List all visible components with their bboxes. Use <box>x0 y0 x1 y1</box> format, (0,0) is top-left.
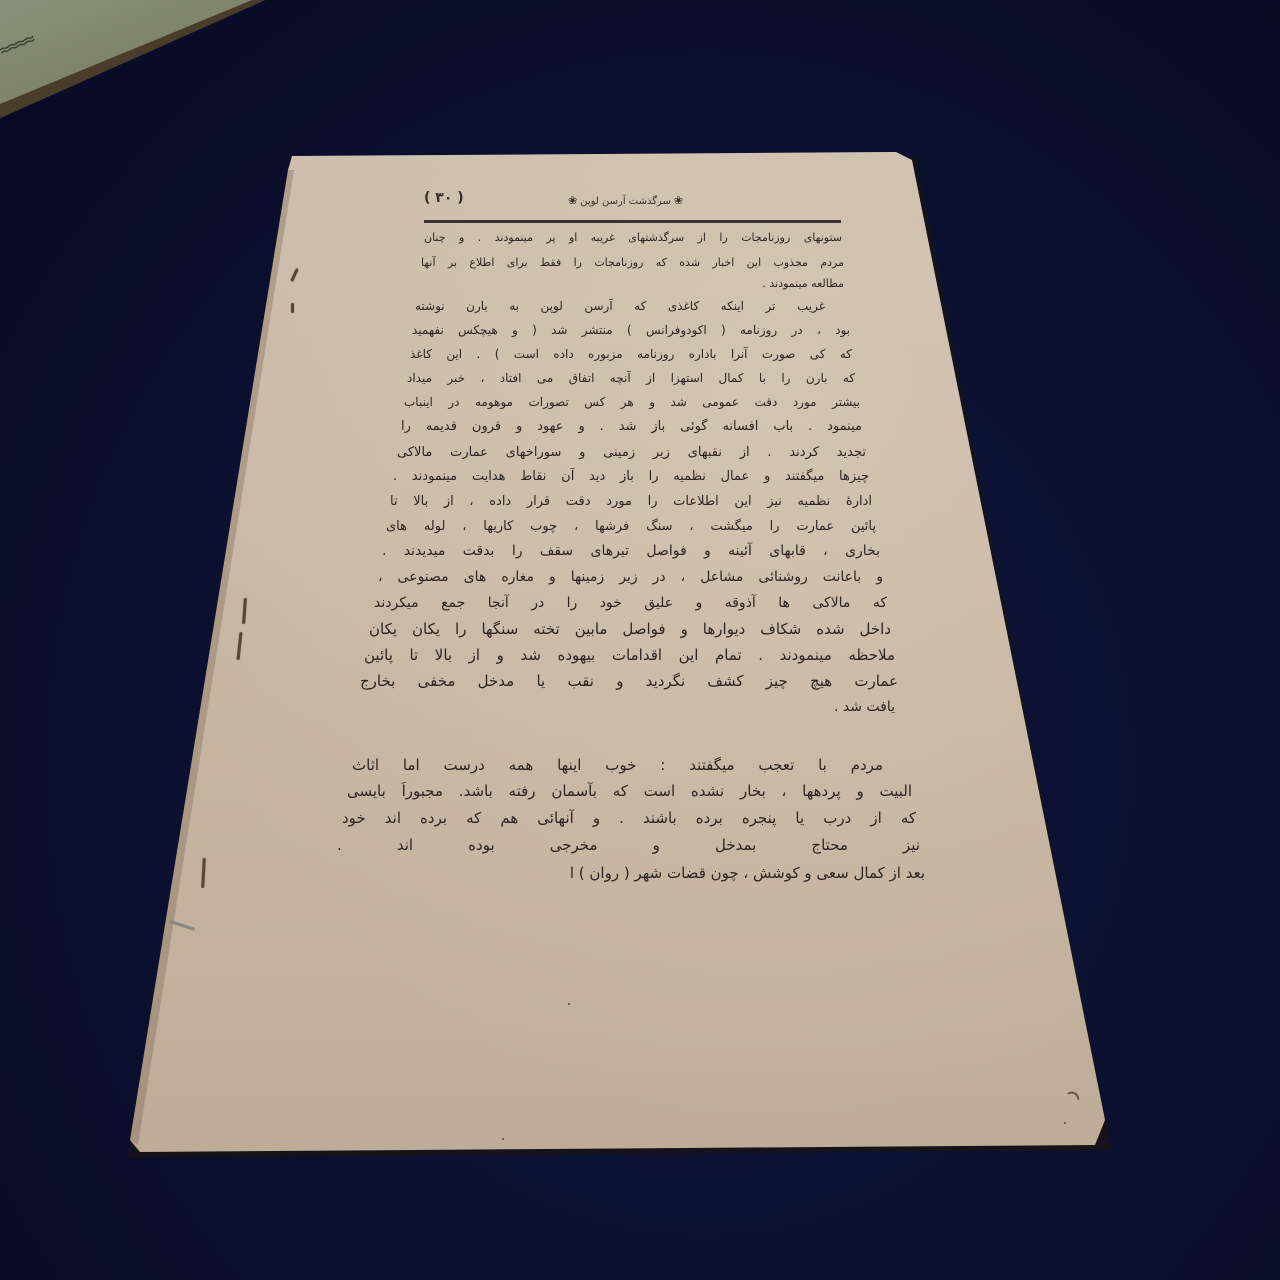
text-line: داخل شده شکاف دیوارها و فواصل مابین تخته… <box>369 620 891 639</box>
text-line: البیت و پردهها ، بخار نشده است که بآسمان… <box>347 782 912 801</box>
text-line: تجدید کردند . از نقبهای زیر زمینی و سورا… <box>397 444 866 461</box>
text-line: بخاری ، قابهای آئینه و فواصل تیرهای سقف … <box>382 542 880 560</box>
text-line: ملاحظه مینمودند . تمام این اقدامات بیهود… <box>364 646 895 665</box>
text-line: که کی صورت آنرا باداره روزنامه مزبوره دا… <box>410 346 852 362</box>
text-line: مردم با تعجب میگفتند : خوب اینها همه درس… <box>352 756 883 775</box>
text-line: غریب تر اینکه کاغذی که آرسن لوپن به بارن… <box>415 298 825 314</box>
text-line: که بارن را با کمال استهزا از آنچه اتفاق … <box>407 370 855 386</box>
text-line: بود ، در روزنامه ( اکودوفرانس ) منتشر شد… <box>412 322 850 338</box>
text-line: و باعانت روشنائی مشاعل ، در زیر زمینها و… <box>378 568 883 586</box>
text-line: مطالعه مینمودند . <box>760 276 844 291</box>
text-line: بیشتر مورد دقت عمومی شد و هر کس تصورات م… <box>404 394 860 410</box>
text-line: بعد از کمال سعی و کوشش ، چون قضات شهر ( … <box>570 864 925 883</box>
text-line: ستونهای روزنامجات را از سرگذشتهای غریبه … <box>424 230 842 245</box>
text-line: که از درب یا پنجره برده باشند . و آنهائی… <box>342 809 916 828</box>
text-line: پائین عمارت را میگشت ، سنگ فرشها ، چوب ک… <box>386 518 876 535</box>
text-line: که مالاکی ها آذوقه و علیق خود را در آنجا… <box>374 594 887 612</box>
text-line: نیز محتاج بمدخل و مخرجی بوده اند . <box>337 836 920 855</box>
text-line: چیزها میگفتند و عمال نظمیه را باز دید آن… <box>393 468 869 485</box>
text-line: ادارهٔ نظمیه نیز این اطلاعات را مورد دقت… <box>390 493 872 510</box>
text-line: مردم مجذوب این اخبار شده که روزنامجات را… <box>421 255 844 270</box>
text-line: عمارت هیچ چیز کشف نگردید و نقب یا مدخل م… <box>360 672 898 691</box>
text-line: مینمود . باب افسانه گوئی باز شد . و عهود… <box>401 418 862 435</box>
text-line: یافت شد . <box>820 698 895 716</box>
body-text: ستونهای روزنامجات را از سرگذشتهای غریبه … <box>0 0 1280 1280</box>
